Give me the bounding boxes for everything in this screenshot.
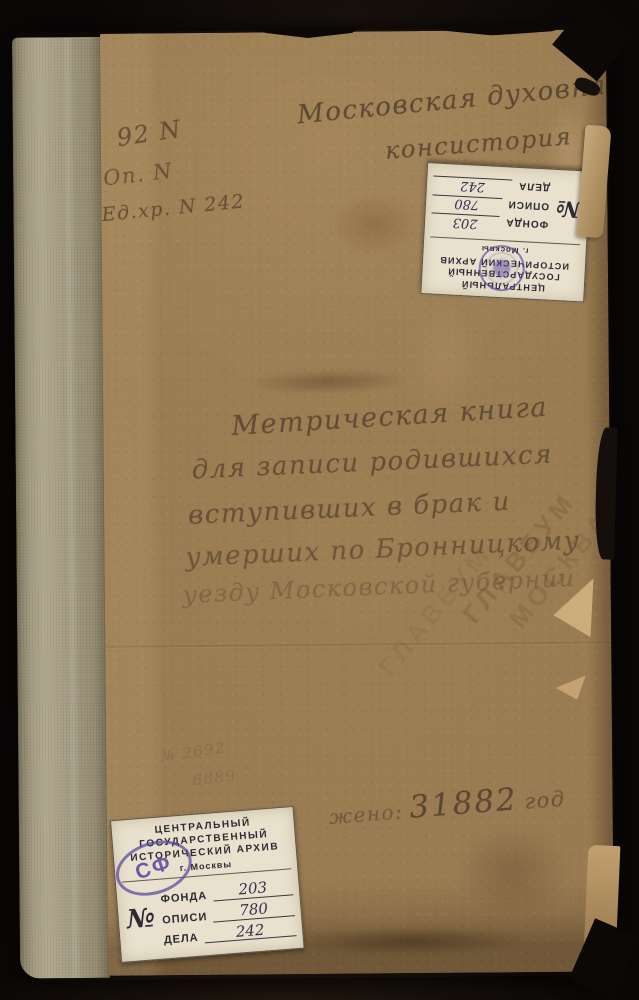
fond-label: ФОНДА xyxy=(160,890,207,906)
opis-value: 780 xyxy=(432,194,502,212)
book-cover: ГЛАВБУМ МОСКВА ГЛАВБУМ Московская духовн… xyxy=(12,27,616,980)
archive-label-top: ЦЕНТРАЛЬНЫЙ ГОСУДАРСТВЕННЫЙ ИСТОРИЧЕСКИЙ… xyxy=(420,162,591,302)
book-spine-cloth xyxy=(12,37,110,979)
cover-board: ГЛАВБУМ МОСКВА ГЛАВБУМ Московская духовн… xyxy=(100,29,614,975)
number-sign: № xyxy=(126,903,157,935)
archive-label-body: № ФОНДА 203 ОПИСИ 780 ДЕЛА 242 xyxy=(430,171,583,244)
opis-label: ОПИСИ xyxy=(162,911,208,927)
archive-label-rows: ФОНДА 203 ОПИСИ 780 ДЕЛА 242 xyxy=(431,171,551,237)
delo-label: ДЕЛА xyxy=(163,932,199,947)
delo-label: ДЕЛА xyxy=(518,180,551,193)
number-sign: № xyxy=(555,195,580,222)
delo-row: ДЕЛА 242 xyxy=(433,175,551,196)
fond-label: ФОНДА xyxy=(505,217,548,230)
bottom-note-prefix: жено: xyxy=(328,799,404,829)
delo-value: 242 xyxy=(204,920,297,944)
bottom-note-suffix: год xyxy=(524,787,567,814)
fond-value: 203 xyxy=(212,878,293,901)
fond-value: 203 xyxy=(431,213,500,231)
delo-value: 242 xyxy=(433,175,513,194)
opis-value: 780 xyxy=(212,899,295,922)
archive-label-rows: ФОНДА 203 ОПИСИ 780 ДЕЛА 242 xyxy=(159,874,297,950)
opis-label: ОПИСИ xyxy=(507,198,549,211)
opis-row: ОПИСИ 780 xyxy=(432,194,550,215)
photo-background: ГЛАВБУМ МОСКВА ГЛАВБУМ Московская духовн… xyxy=(0,0,639,1000)
archive-label-bottom: ЦЕНТРАЛЬНЫЙ ГОСУДАРСТВЕННЫЙ ИСТОРИЧЕСКИЙ… xyxy=(110,806,305,963)
fond-row: ФОНДА 203 xyxy=(431,213,549,234)
